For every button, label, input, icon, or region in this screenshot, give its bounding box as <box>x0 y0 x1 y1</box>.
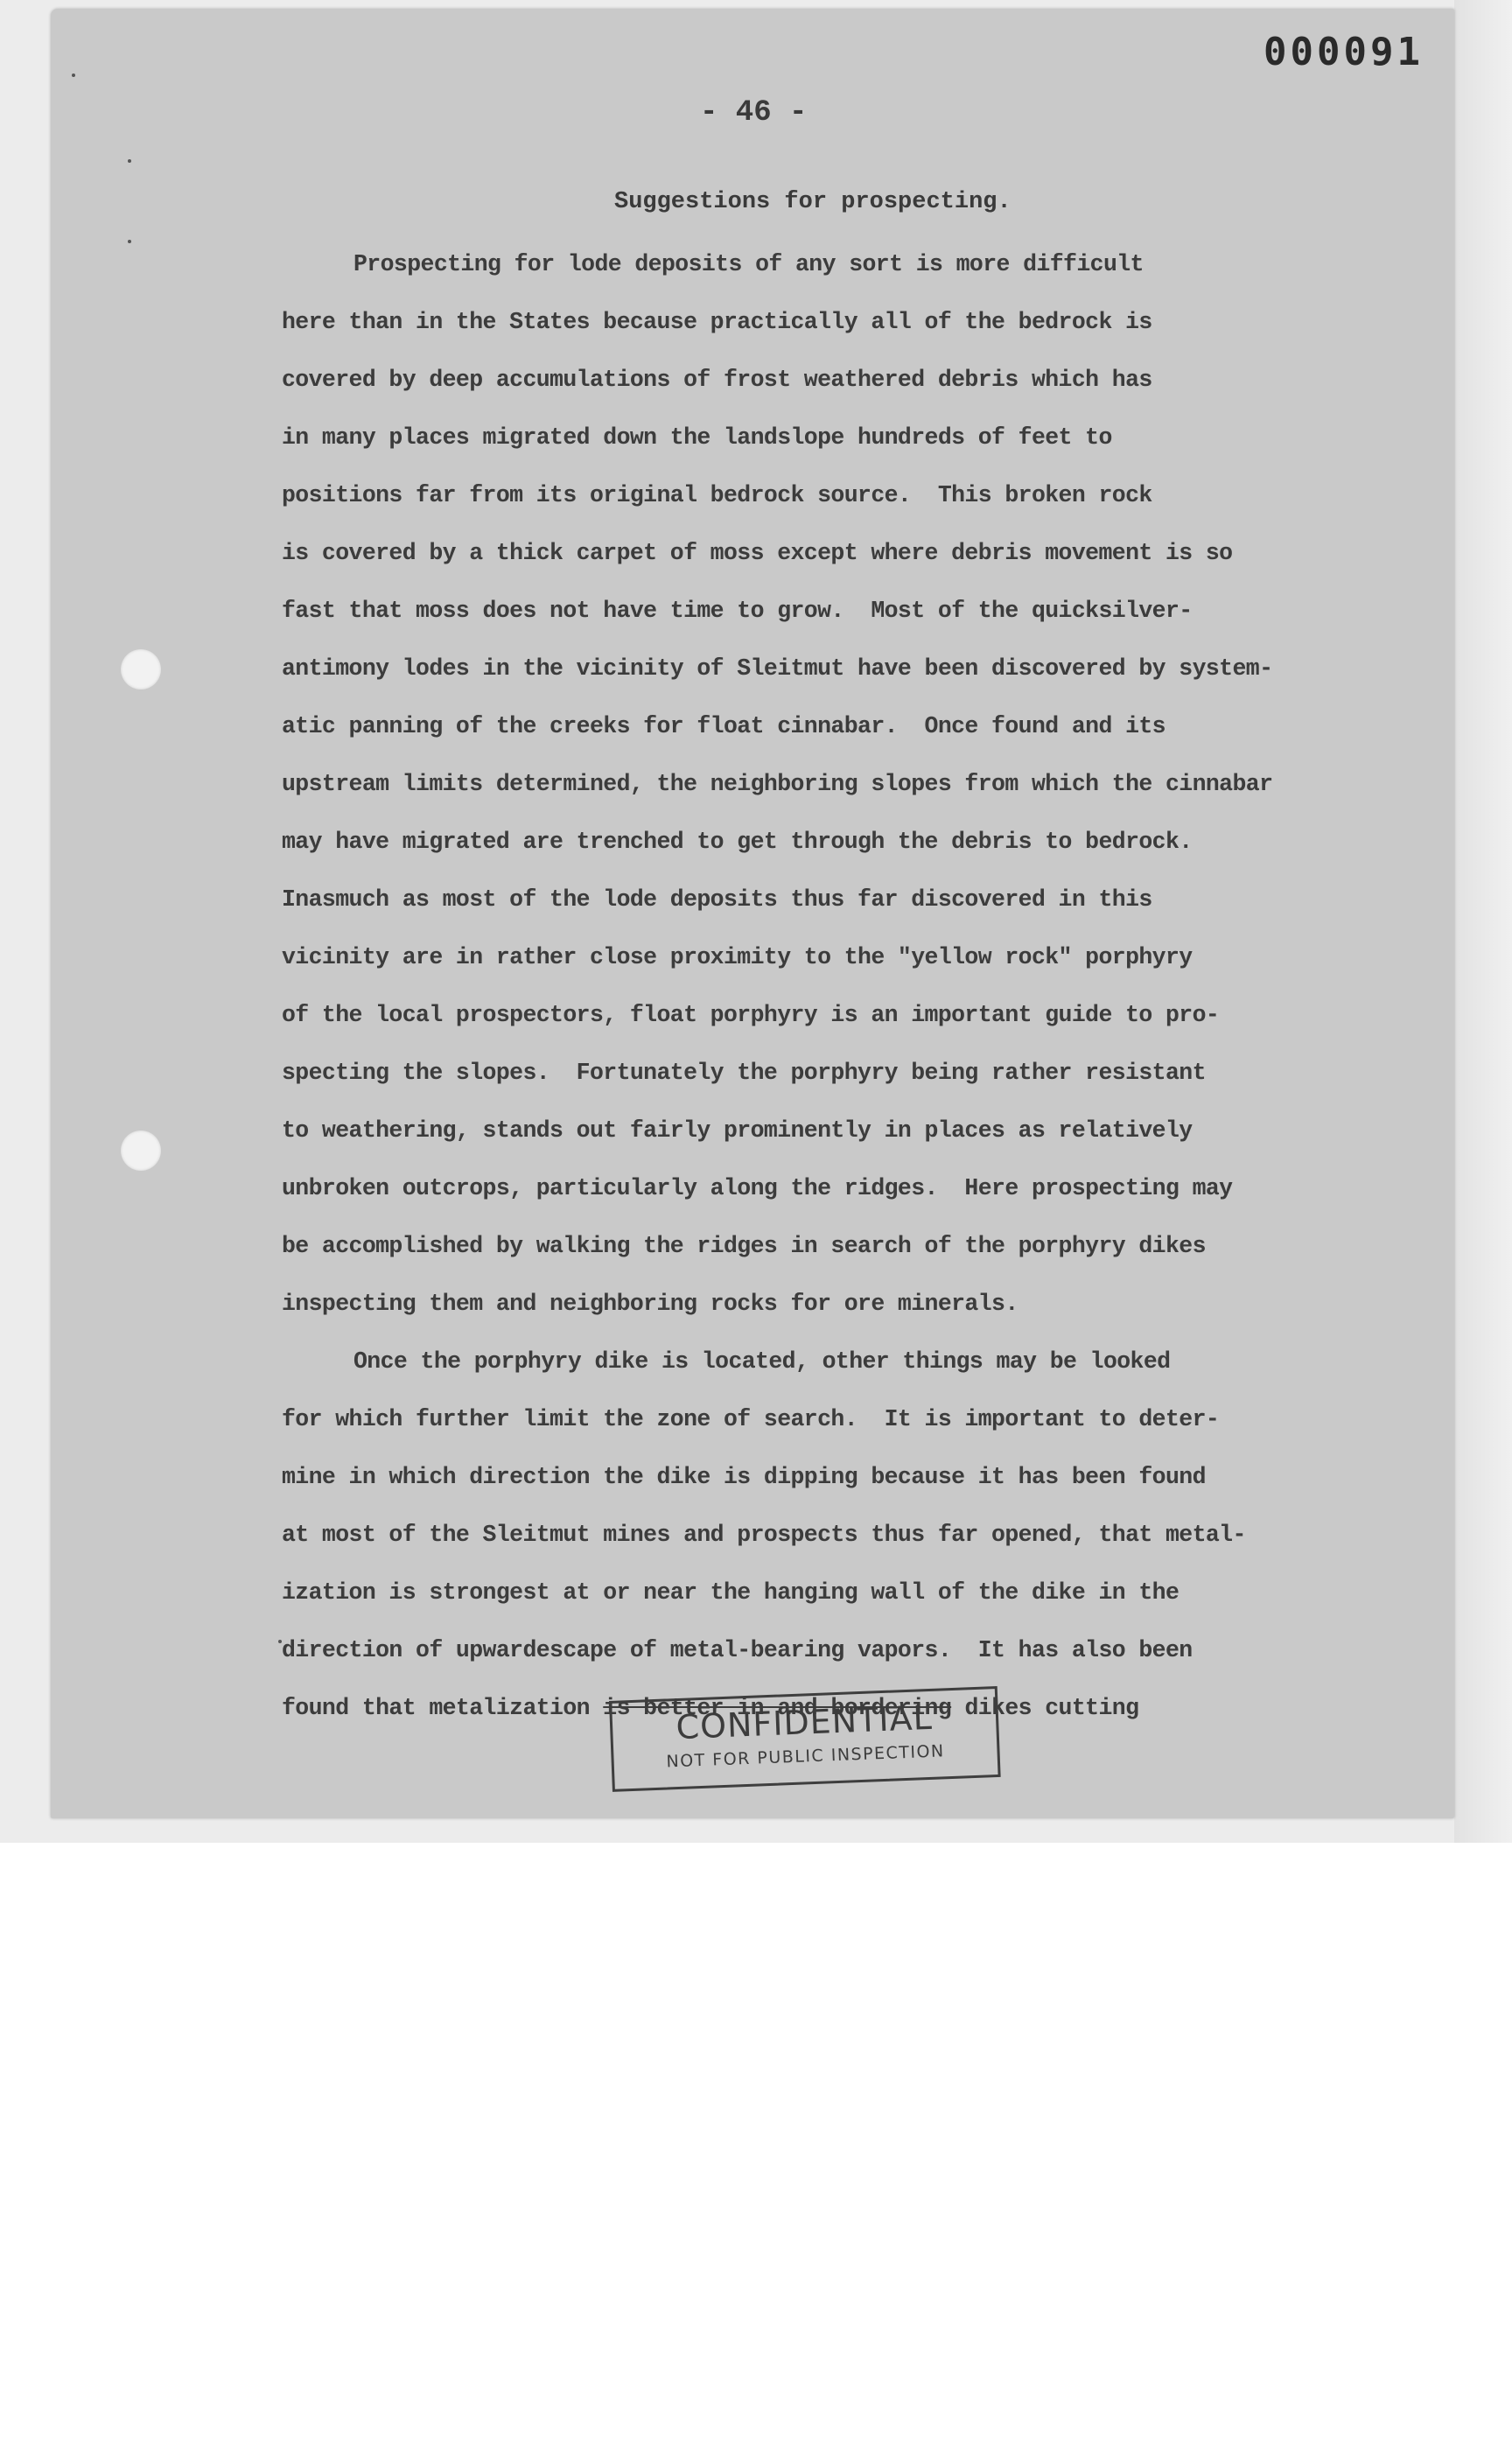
paper-speck <box>128 159 131 163</box>
text-line: Once the porphyry dike is located, other… <box>282 1342 1437 1400</box>
text-line: antimony lodes in the vicinity of Sleitm… <box>282 649 1437 707</box>
text-line: at most of the Sleitmut mines and prospe… <box>282 1515 1437 1573</box>
text-line: Prospecting for lode deposits of any sor… <box>282 245 1437 303</box>
document-number: 000091 <box>1263 30 1424 74</box>
text-line: may have migrated are trenched to get th… <box>282 822 1437 880</box>
text-line: of the local prospectors, float porphyry… <box>282 996 1437 1053</box>
text-line: inspecting them and neighboring rocks fo… <box>282 1284 1437 1342</box>
text-line: atic panning of the creeks for float cin… <box>282 707 1437 765</box>
paper-speck <box>72 73 75 77</box>
text-fragment: found that metalization <box>282 1695 603 1721</box>
text-line: vicinity are in rather close proximity t… <box>282 938 1437 996</box>
section-heading: Suggestions for prospecting. <box>614 189 1011 215</box>
punch-hole-top <box>121 649 161 689</box>
text-line: for which further limit the zone of sear… <box>282 1400 1437 1458</box>
text-line: fast that moss does not have time to gro… <box>282 591 1437 649</box>
text-line: is covered by a thick carpet of moss exc… <box>282 534 1437 591</box>
text-line: be accomplished by walking the ridges in… <box>282 1227 1437 1284</box>
text-line: positions far from its original bedrock … <box>282 476 1437 534</box>
body-text: Prospecting for lode deposits of any sor… <box>282 245 1437 1746</box>
scan-edge-strip <box>1454 0 1512 1843</box>
text-line: upstream limits determined, the neighbor… <box>282 765 1437 822</box>
text-line: direction of upwardescape of metal-beari… <box>282 1631 1437 1689</box>
text-line: covered by deep accumulations of frost w… <box>282 360 1437 418</box>
text-line: ization is strongest at or near the hang… <box>282 1573 1437 1631</box>
text-line: Inasmuch as most of the lode deposits th… <box>282 880 1437 938</box>
punch-hole-bottom <box>121 1130 161 1171</box>
text-line: in many places migrated down the landslo… <box>282 418 1437 476</box>
paper-speck <box>128 240 131 243</box>
text-line: unbroken outcrops, particularly along th… <box>282 1169 1437 1227</box>
text-line: mine in which direction the dike is dipp… <box>282 1458 1437 1515</box>
text-line: here than in the States because practica… <box>282 303 1437 360</box>
page-number: - 46 - <box>700 96 807 129</box>
text-line: specting the slopes. Fortunately the por… <box>282 1053 1437 1111</box>
confidential-stamp: CONFIDENTIAL NOT FOR PUBLIC INSPECTION <box>609 1686 1001 1792</box>
text-line: to weathering, stands out fairly promine… <box>282 1111 1437 1169</box>
